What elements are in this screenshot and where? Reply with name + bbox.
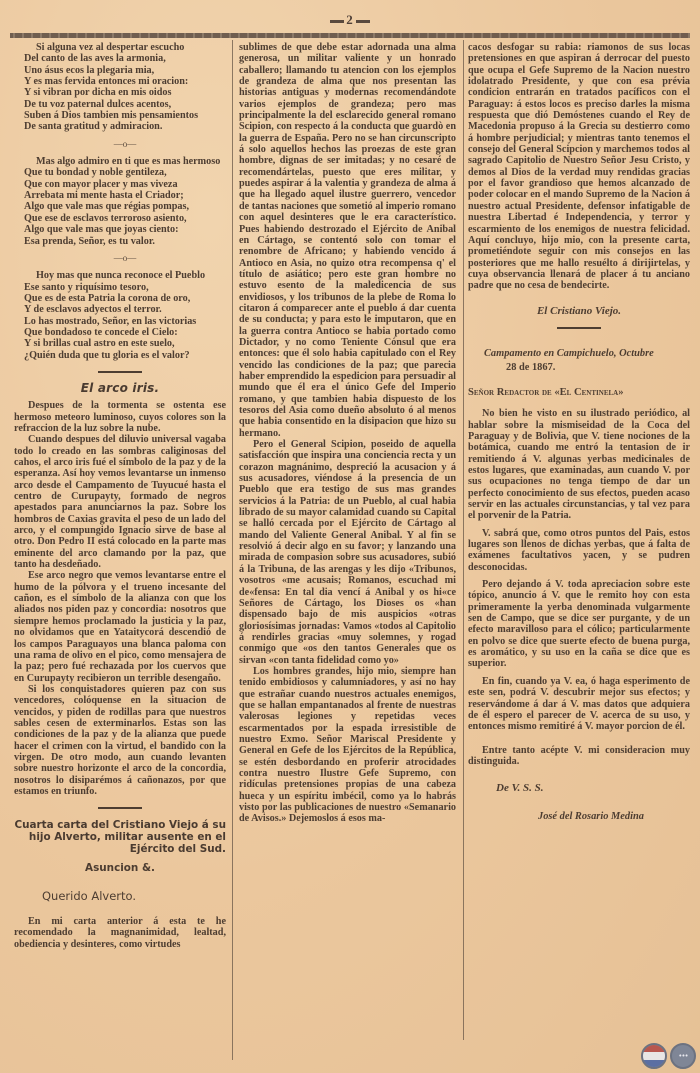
article-paragraph: Cuando despues del diluvio universal vag… [14, 434, 226, 570]
letter-author: José del Rosario Medina [538, 811, 690, 822]
poem-line: Si alguna vez al despertar escucho [24, 42, 226, 53]
letter-paragraph: V. sabrá que, como otros puntos del Pais… [468, 528, 690, 573]
column-1: Si alguna vez al despertar escucho Del c… [14, 42, 226, 950]
poem-line: Y si brillas cual astro en este suelo, [24, 338, 226, 349]
column-divider [463, 40, 464, 1040]
page-number-text: 2 [346, 12, 354, 27]
flag-stripe-blue [643, 1060, 665, 1067]
poem-line: Que ese de esclavos terroroso asiento, [24, 213, 226, 224]
poem: Si alguna vez al despertar escucho Del c… [24, 42, 226, 361]
poem-line: De tu voz paternal dulces acentos, [24, 99, 226, 110]
stanza-separator: —o— [24, 139, 226, 150]
letter-place: Asuncion &. [14, 863, 226, 874]
letter-signature: El Cristiano Viejo. [468, 306, 690, 317]
poem-line: Que es de esta Patria la corona de oro, [24, 293, 226, 304]
letter-paragraph: Los hombres grandes, hijo mio, siempre h… [239, 666, 456, 825]
letter-salutation: Querido Alverto. [42, 891, 226, 902]
poem-line: ¿Quién duda que tu gloria es el valor? [24, 350, 226, 361]
poem-line: Esa prenda, Señor, es tu valor. [24, 236, 226, 247]
letter-paragraph: Pero el General Scipion, poseido de aque… [239, 439, 456, 666]
poem-line: Algo que vale mas que régias pompas, [24, 201, 226, 212]
letter-heading: Cuarta carta del Cristiano Viejo á su hi… [14, 819, 226, 855]
flag-stripe-red [643, 1045, 665, 1052]
letter-paragraph: Pero dejando á V. toda apreciacion sobre… [468, 579, 690, 670]
article-paragraph: Si los conquistadores quieren paz con su… [14, 684, 226, 797]
poem-line: Mas algo admiro en ti que es mas hermoso [24, 156, 226, 167]
letter-closing: Entre tanto acépte V. mi consideracion m… [468, 745, 690, 768]
section-rule [98, 371, 142, 373]
letter-paragraph: cacos desfogar su rabia: riamonos de sus… [468, 42, 690, 292]
poem-line: Uno ásus ecos la plegaria mia, [24, 65, 226, 76]
page-number: 2 [0, 12, 700, 28]
article-paragraph: Ese arco negro que vemos levantarse entr… [14, 570, 226, 683]
dots-badge-icon[interactable]: ••• [670, 1043, 696, 1069]
poem-line: Ese santo y riquísimo tesoro, [24, 282, 226, 293]
poem-line: Que tu bondad y noble gentileza, [24, 167, 226, 178]
column-2: sublimes de que debe estar adornada una … [239, 42, 456, 825]
watermark-badges: ••• [641, 1043, 696, 1069]
section-rule [557, 327, 601, 329]
dash-ornament [356, 20, 370, 23]
letter-vss: De V. S. S. [496, 783, 690, 794]
section-rule [98, 807, 142, 809]
dateline-date: 28 de 1867. [484, 361, 690, 375]
flag-stripe-white [643, 1052, 665, 1059]
poem-line: Y es mas fervida entonces mi oracion: [24, 76, 226, 87]
poem-line: Del canto de las aves la armonia, [24, 53, 226, 64]
poem-line: Que con mayor placer y mas viveza [24, 179, 226, 190]
letter-paragraph: No bien he visto en su ilustrado periódi… [468, 408, 690, 521]
column-3: cacos desfogar su rabia: riamonos de sus… [468, 42, 690, 822]
letter-addressee: Señor Redactor de «El Centinela» [468, 387, 690, 398]
poem-stanza: Si alguna vez al despertar escucho Del c… [24, 42, 226, 133]
poem-line: Algo que vale mas que joyas ciento: [24, 224, 226, 235]
poem-line: Y si vibran por dicha en mis oidos [24, 87, 226, 98]
poem-line: Lo has mostrado, Señor, en las victorias [24, 316, 226, 327]
flag-badge-icon[interactable] [641, 1043, 667, 1069]
poem-line: Suben á Dios tambien mis pensamientos [24, 110, 226, 121]
poem-stanza: Hoy mas que nunca reconoce el Pueblo Ese… [24, 270, 226, 361]
letter-paragraph: En fin, cuando ya V. ea, ó haga esperime… [468, 676, 690, 733]
dateline-place: Campamento en Campichuelo, Octubre [484, 348, 654, 359]
poem-stanza: Mas algo admiro en ti que es mas hermoso… [24, 156, 226, 247]
stanza-separator: —o— [24, 253, 226, 264]
letter-paragraph: sublimes de que debe estar adornada una … [239, 42, 456, 439]
poem-line: De santa gratitud y admiracion. [24, 121, 226, 132]
letter-paragraph: En mi carta anterior á esta te he recome… [14, 916, 226, 950]
poem-line: Arrebata mi mente hasta el Criador; [24, 190, 226, 201]
dash-ornament [330, 20, 344, 23]
letter-dateline: Campamento en Campichuelo, Octubre 28 de… [484, 347, 690, 375]
poem-line: Y de esclavos adyectos el terror. [24, 304, 226, 315]
header-rule [10, 33, 690, 38]
poem-line: Hoy mas que nunca reconoce el Pueblo [24, 270, 226, 281]
column-divider [232, 40, 233, 1060]
article-title: El arco iris. [14, 383, 226, 394]
article-paragraph: Despues de la tormenta se ostenta ese he… [14, 400, 226, 434]
poem-line: Que bondadoso te concede el Cielo: [24, 327, 226, 338]
